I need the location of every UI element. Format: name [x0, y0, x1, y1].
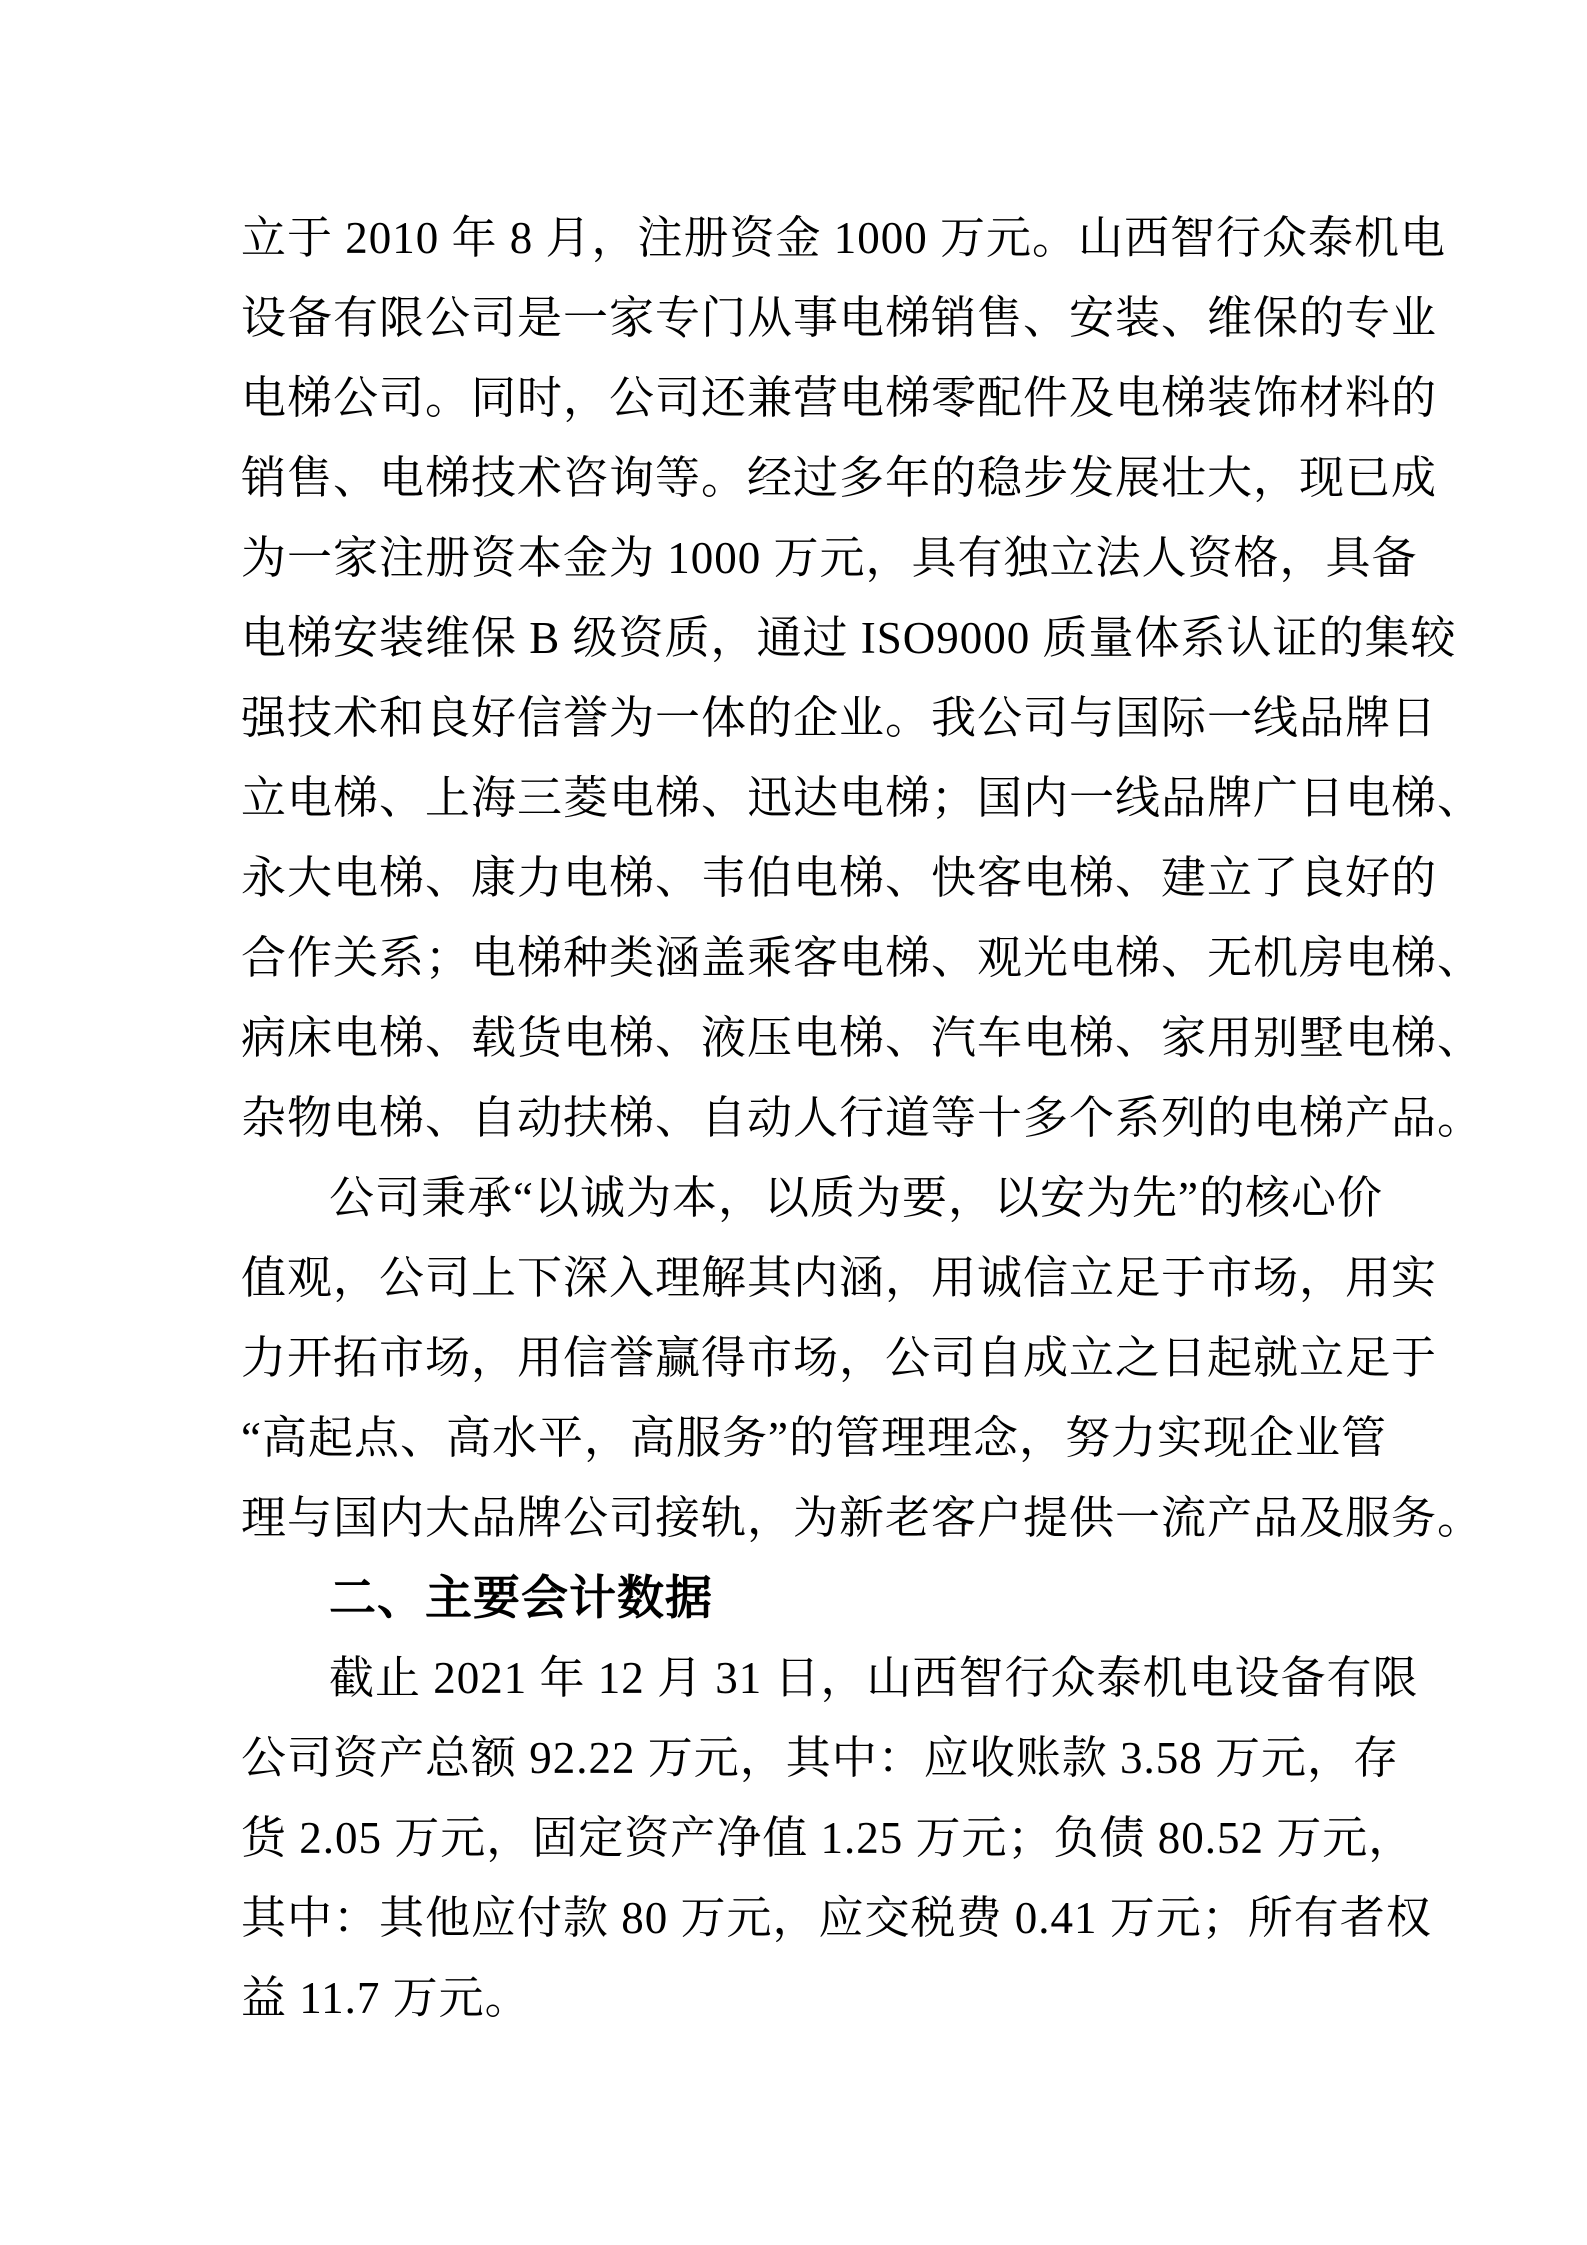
- paragraph-accounting-data: 截止 2021 年 12 月 31 日，山西智行众泰机电设备有限公司资产总额 9…: [241, 1638, 1333, 2038]
- text-line: 销售、电梯技术咨询等。经过多年的稳步发展壮大，现已成: [241, 438, 1333, 518]
- paragraph-company-profile: 立于 2010 年 8 月，注册资金 1000 万元。山西智行众泰机电设备有限公…: [241, 198, 1333, 1158]
- text-line: 设备有限公司是一家专门从事电梯销售、安装、维保的专业: [241, 278, 1333, 358]
- document-page-background: { "page": { "background_color": "#ffffff…: [0, 0, 1587, 2245]
- text-line: 力开拓市场，用信誉赢得市场，公司自成立之日起就立足于: [241, 1318, 1333, 1398]
- text-line: 其中：其他应付款 80 万元，应交税费 0.41 万元；所有者权: [241, 1878, 1333, 1958]
- text-line: 合作关系；电梯种类涵盖乘客电梯、观光电梯、无机房电梯、: [241, 918, 1333, 998]
- text-line: 货 2.05 万元，固定资产净值 1.25 万元；负债 80.52 万元，: [241, 1798, 1333, 1878]
- document-text-block: 立于 2010 年 8 月，注册资金 1000 万元。山西智行众泰机电设备有限公…: [241, 198, 1333, 2038]
- text-line: 强技术和良好信誉为一体的企业。我公司与国际一线品牌日: [241, 678, 1333, 758]
- text-line: “高起点、高水平，高服务”的管理理念，努力实现企业管: [241, 1398, 1333, 1478]
- section-heading-accounting-data: 二、主要会计数据: [241, 1558, 1333, 1638]
- text-line: 值观，公司上下深入理解其内涵，用诚信立足于市场，用实: [241, 1238, 1333, 1318]
- text-line: 理与国内大品牌公司接轨，为新老客户提供一流产品及服务。: [241, 1478, 1333, 1558]
- text-line: 益 11.7 万元。: [241, 1958, 1333, 2038]
- text-line: 杂物电梯、自动扶梯、自动人行道等十多个系列的电梯产品。: [241, 1078, 1333, 1158]
- paragraph-core-values: 公司秉承“以诚为本，以质为要，以安为先”的核心价值观，公司上下深入理解其内涵，用…: [241, 1158, 1333, 1558]
- text-line: 立电梯、上海三菱电梯、迅达电梯；国内一线品牌广日电梯、: [241, 758, 1333, 838]
- text-line: 病床电梯、载货电梯、液压电梯、汽车电梯、家用别墅电梯、: [241, 998, 1333, 1078]
- text-line: 电梯公司。同时，公司还兼营电梯零配件及电梯装饰材料的: [241, 358, 1333, 438]
- text-line: 永大电梯、康力电梯、韦伯电梯、快客电梯、建立了良好的: [241, 838, 1333, 918]
- text-line: 立于 2010 年 8 月，注册资金 1000 万元。山西智行众泰机电: [241, 198, 1333, 278]
- text-line: 公司秉承“以诚为本，以质为要，以安为先”的核心价: [241, 1158, 1333, 1238]
- text-line: 公司资产总额 92.22 万元，其中：应收账款 3.58 万元，存: [241, 1718, 1333, 1798]
- text-line: 电梯安装维保 B 级资质，通过 ISO9000 质量体系认证的集较: [241, 598, 1333, 678]
- text-line: 截止 2021 年 12 月 31 日，山西智行众泰机电设备有限: [241, 1638, 1333, 1718]
- text-line: 为一家注册资本金为 1000 万元，具有独立法人资格，具备: [241, 518, 1333, 598]
